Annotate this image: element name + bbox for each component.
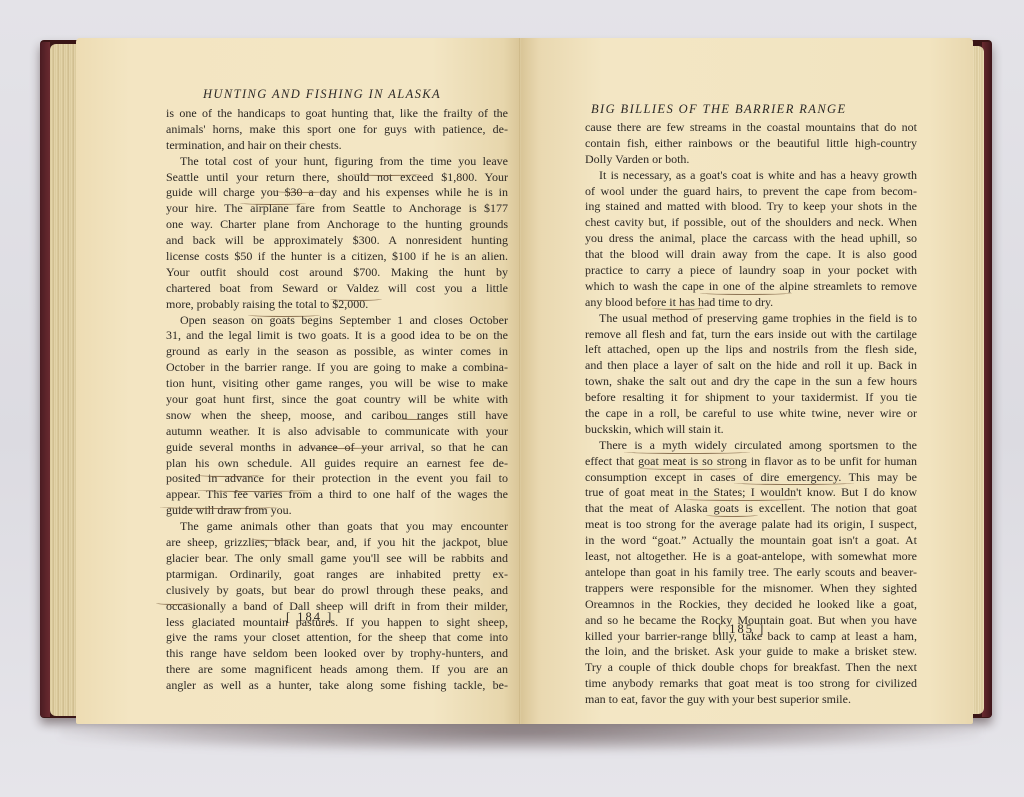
- text-line: left attached, open up the lips and nost…: [585, 342, 917, 358]
- text-line: that the blood will drain away from the …: [585, 247, 917, 263]
- pencil-underline: [240, 201, 306, 205]
- text-line: meat is too strong for the average palat…: [585, 517, 917, 533]
- text-line: man to eat, favor the guy with your best…: [585, 692, 917, 708]
- text-line: you dress the animal, place the carcass …: [585, 231, 917, 247]
- text-line: The total cost of your hunt, figuring fr…: [166, 154, 508, 170]
- left-page-body: is one of the handicaps to goat hunting …: [166, 106, 508, 694]
- pencil-underline: [638, 466, 738, 470]
- left-page: HUNTING AND FISHING IN ALASKA is one of …: [76, 38, 521, 724]
- text-line: your goat hunt first, since the goat cou…: [166, 392, 508, 408]
- text-line: town, shake the salt out and dry the cap…: [585, 374, 917, 390]
- pencil-underline: [160, 505, 278, 509]
- text-line: ground as early in the season as possibl…: [166, 344, 508, 360]
- pencil-underline: [392, 416, 440, 420]
- text-line: Seattle until your return there, should …: [166, 170, 508, 186]
- pencil-underline: [734, 481, 854, 485]
- text-line: Your outfit should cost around $700. Mak…: [166, 265, 508, 281]
- text-line: remove all flesh and fat, turn the ears …: [585, 327, 917, 343]
- text-line: autumn weather. It is also advisable to …: [166, 424, 508, 440]
- text-line: The usual method of preserving game trop…: [585, 311, 917, 327]
- text-line: less glaciated mountain pastures. If you…: [166, 615, 508, 631]
- right-page-body: cause there are few streams in the coast…: [585, 120, 917, 708]
- text-line: in the word “goat.” Actually the mountai…: [585, 533, 917, 549]
- pencil-underline: [252, 537, 292, 541]
- text-line: and then place a layer of salt on the hi…: [585, 358, 917, 374]
- text-line: angler as well as a hunter, take along s…: [166, 678, 508, 694]
- pencil-underline: [624, 450, 750, 454]
- left-running-head: HUNTING AND FISHING IN ALASKA: [203, 87, 441, 102]
- left-page-number: [ 184 ]: [286, 610, 333, 625]
- text-line: the cape in a roll, be careful to use wh…: [585, 406, 917, 422]
- text-line: the loin, and the brisket. Ask your guid…: [585, 644, 917, 660]
- right-page: BIG BILLIES OF THE BARRIER RANGE cause t…: [521, 38, 973, 724]
- pencil-underline: [706, 513, 758, 517]
- text-line: Try a couple of thick double chops for b…: [585, 660, 917, 676]
- pencil-underline: [248, 313, 320, 317]
- text-line: occasionally a band of Dall sheep will d…: [166, 599, 508, 615]
- pencil-underline: [330, 297, 382, 301]
- text-line: It is necessary, as a goat's coat is whi…: [585, 168, 917, 184]
- book-cover-left-edge: [40, 42, 50, 717]
- text-line: cause there are few streams in the coast…: [585, 120, 917, 136]
- text-line: any blood before it has had time to dry.: [585, 295, 917, 311]
- right-running-head: BIG BILLIES OF THE BARRIER RANGE: [591, 102, 847, 117]
- text-line: this range have seldom been looked over …: [166, 646, 508, 662]
- text-line: your hire. The airplane fare from Seattl…: [166, 201, 508, 217]
- pencil-underline: [652, 306, 704, 310]
- pencil-underline: [196, 488, 308, 492]
- pencil-underline: [196, 473, 260, 477]
- text-line: of wool under the guard hairs, to preven…: [585, 184, 917, 200]
- text-line: snow when the sheep, moose, and caribou …: [166, 408, 508, 424]
- text-line: there are some magnificent heads among t…: [166, 662, 508, 678]
- text-line: buckskin, which will stain it.: [585, 422, 917, 438]
- text-line: October in the barrier range. If you are…: [166, 360, 508, 376]
- pencil-underline: [682, 497, 798, 501]
- text-line: glacier bear. The only small game you'll…: [166, 551, 508, 567]
- pencil-underline: [300, 445, 378, 449]
- text-line: one way. Charter plane from Anchorage to…: [166, 217, 508, 233]
- text-line: least, not altogether. He is a goat-ante…: [585, 549, 917, 565]
- text-line: Oreamnos in the Rockies, they decided he…: [585, 597, 917, 613]
- text-line: chartered boat from Seward or Valdez wil…: [166, 281, 508, 297]
- text-line: Open season on goats begins September 1 …: [166, 313, 508, 329]
- text-line: trappers were responsible for the misnom…: [585, 581, 917, 597]
- text-line: antelope than goat in his family tree. T…: [585, 565, 917, 581]
- text-line: tion hunt, visiting other game ranges, y…: [166, 376, 508, 392]
- text-line: give the rams your closet attention, for…: [166, 630, 508, 646]
- pencil-underline: [352, 172, 420, 176]
- text-line: chest cavity but, if possible, out of th…: [585, 215, 917, 231]
- text-line: effect that goat meat is so strong in fl…: [585, 454, 917, 470]
- text-line: time anybody remarks that goat meat is t…: [585, 676, 917, 692]
- text-line: is one of the handicaps to goat hunting …: [166, 106, 508, 122]
- pencil-underline: [156, 601, 192, 605]
- text-line: 31, and the legal limit is two goats. It…: [166, 328, 508, 344]
- right-page-number: [ 185 ]: [718, 622, 765, 637]
- text-line: before resalting it for shipment to your…: [585, 390, 917, 406]
- text-line: contain fish, either rainbows or the bea…: [585, 136, 917, 152]
- text-line: Dolly Varden or both.: [585, 152, 917, 168]
- text-line: ing stained and matted with blood. Try t…: [585, 199, 917, 215]
- text-line: are sheep, grizzlies, black bear, and, i…: [166, 535, 508, 551]
- text-line: and back will be approximately $300. A n…: [166, 233, 508, 249]
- text-line: termination, and hair on their chests.: [166, 138, 508, 154]
- text-line: ptarmigan. Ordinarily, goat ranges are i…: [166, 567, 508, 583]
- text-line: license costs $50 if the hunter is a cit…: [166, 249, 508, 265]
- text-line: guide will charge you $30 a day and his …: [166, 185, 508, 201]
- text-line: clusively by goats, but bear do prowl th…: [166, 583, 508, 599]
- text-line: animals' horns, make this sport one for …: [166, 122, 508, 138]
- pencil-underline: [700, 291, 792, 295]
- text-line: plan his own schedule. All guides requir…: [166, 456, 508, 472]
- text-line: The game animals other than goats that y…: [166, 519, 508, 535]
- text-line: practice to carry a piece of laundry soa…: [585, 263, 917, 279]
- pencil-underline: [272, 189, 330, 193]
